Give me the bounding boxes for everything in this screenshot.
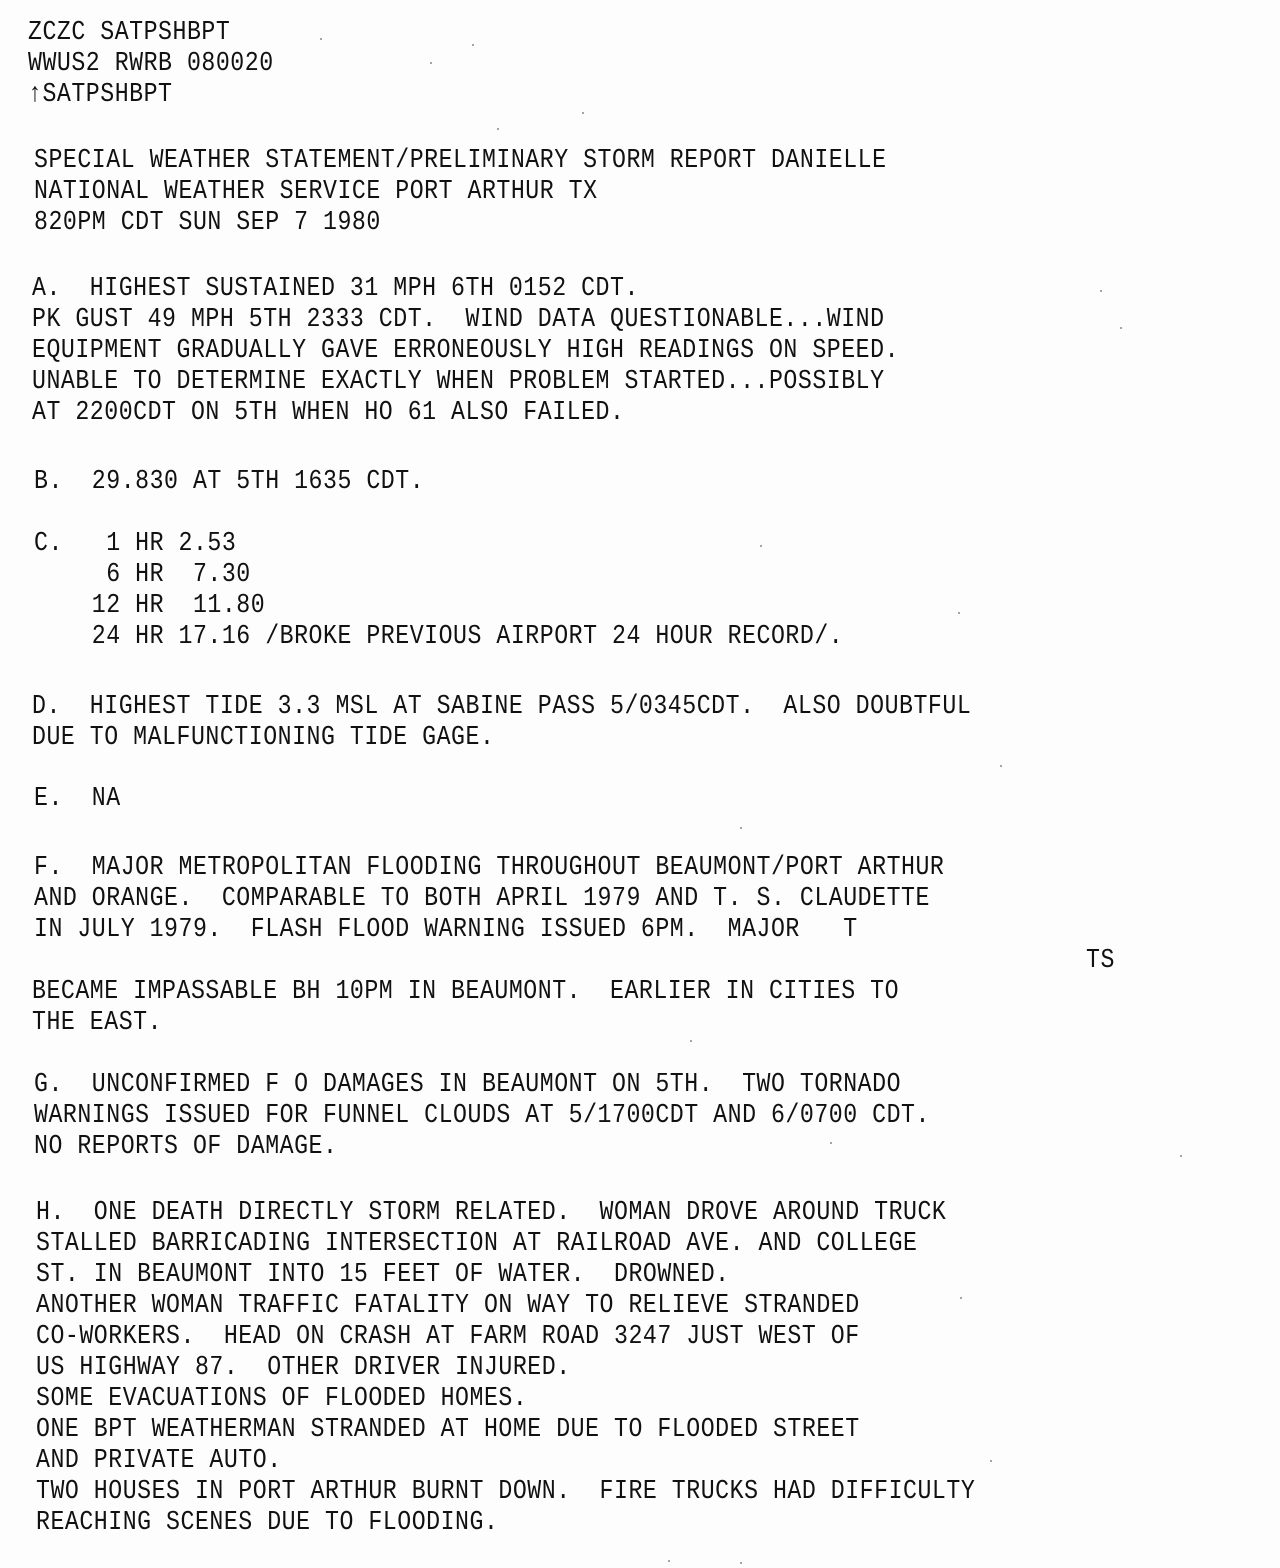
section-h-line-7: SOME EVACUATIONS OF FLOODED HOMES.	[36, 1384, 527, 1414]
scan-speck	[1120, 327, 1122, 329]
section-c-line-1: C. 1 HR 2.53	[34, 529, 236, 559]
section-a-line-2: PK GUST 49 MPH 5TH 2333 CDT. WIND DATA Q…	[32, 305, 885, 335]
teletype-document: ZCZC SATPSHBPT WWUS2 RWRB 080020 ↑SATPSH…	[0, 0, 1280, 1568]
section-f-overstrike: TS	[1086, 946, 1115, 976]
title-line-1: SPECIAL WEATHER STATEMENT/PRELIMINARY ST…	[34, 146, 887, 176]
header-line-1: ZCZC SATPSHBPT	[28, 18, 230, 48]
section-h-line-1: H. ONE DEATH DIRECTLY STORM RELATED. WOM…	[36, 1198, 946, 1228]
section-h-line-11: REACHING SCENES DUE TO FLOODING.	[36, 1508, 498, 1538]
section-f-line-2: AND ORANGE. COMPARABLE TO BOTH APRIL 197…	[34, 884, 930, 914]
section-a-line-5: AT 2200CDT ON 5TH WHEN HO 61 ALSO FAILED…	[32, 398, 624, 428]
scan-speck	[1100, 290, 1102, 292]
section-g-line-3: NO REPORTS OF DAMAGE.	[34, 1132, 337, 1162]
section-f-line-5: THE EAST.	[32, 1008, 162, 1038]
section-h-line-4: ANOTHER WOMAN TRAFFIC FATALITY ON WAY TO…	[36, 1291, 860, 1321]
scan-speck	[1180, 1155, 1182, 1157]
scan-speck	[320, 38, 322, 40]
scan-speck	[960, 1297, 962, 1299]
section-f-line-3: IN JULY 1979. FLASH FLOOD WARNING ISSUED…	[34, 915, 858, 945]
section-h-line-8: ONE BPT WEATHERMAN STRANDED AT HOME DUE …	[36, 1415, 860, 1445]
section-a-line-3: EQUIPMENT GRADUALLY GAVE ERRONEOUSLY HIG…	[32, 336, 899, 366]
header-line-2: WWUS2 RWRB 080020	[28, 49, 274, 79]
scan-speck	[582, 112, 584, 114]
section-f-line-1: F. MAJOR METROPOLITAN FLOODING THROUGHOU…	[34, 853, 944, 883]
section-d-line-2: DUE TO MALFUNCTIONING TIDE GAGE.	[32, 723, 494, 753]
scan-speck	[990, 1460, 992, 1462]
scan-speck	[690, 1040, 692, 1042]
scan-speck	[668, 1560, 670, 1562]
scan-speck	[497, 128, 499, 130]
section-c-line-4: 24 HR 17.16 /BROKE PREVIOUS AIRPORT 24 H…	[34, 622, 843, 652]
title-line-3: 820PM CDT SUN SEP 7 1980	[34, 208, 381, 238]
scan-speck	[958, 612, 960, 614]
section-h-line-9: AND PRIVATE AUTO.	[36, 1446, 282, 1476]
section-h-line-6: US HIGHWAY 87. OTHER DRIVER INJURED.	[36, 1353, 571, 1383]
section-c-line-3: 12 HR 11.80	[34, 591, 265, 621]
section-e-line-1: E. NA	[34, 784, 121, 814]
header-line-3: ↑SATPSHBPT	[28, 80, 173, 110]
section-g-line-2: WARNINGS ISSUED FOR FUNNEL CLOUDS AT 5/1…	[34, 1101, 930, 1131]
scan-speck	[430, 62, 432, 64]
section-h-line-2: STALLED BARRICADING INTERSECTION AT RAIL…	[36, 1229, 917, 1259]
section-c-line-2: 6 HR 7.30	[34, 560, 251, 590]
section-a-line-1: A. HIGHEST SUSTAINED 31 MPH 6TH 0152 CDT…	[32, 274, 639, 304]
scan-speck	[472, 44, 474, 46]
section-h-line-10: TWO HOUSES IN PORT ARTHUR BURNT DOWN. FI…	[36, 1477, 975, 1507]
section-h-line-3: ST. IN BEAUMONT INTO 15 FEET OF WATER. D…	[36, 1260, 730, 1290]
scan-speck	[740, 1562, 742, 1564]
section-d-line-1: D. HIGHEST TIDE 3.3 MSL AT SABINE PASS 5…	[32, 692, 971, 722]
section-b-line-1: B. 29.830 AT 5TH 1635 CDT.	[34, 467, 424, 497]
section-h-line-5: CO-WORKERS. HEAD ON CRASH AT FARM ROAD 3…	[36, 1322, 860, 1352]
section-g-line-1: G. UNCONFIRMED F O DAMAGES IN BEAUMONT O…	[34, 1070, 901, 1100]
scan-speck	[830, 1142, 832, 1144]
section-f-line-4: BECAME IMPASSABLE BH 10PM IN BEAUMONT. E…	[32, 977, 899, 1007]
scan-speck	[740, 827, 742, 829]
scan-speck	[1000, 765, 1002, 767]
section-a-line-4: UNABLE TO DETERMINE EXACTLY WHEN PROBLEM…	[32, 367, 885, 397]
title-line-2: NATIONAL WEATHER SERVICE PORT ARTHUR TX	[34, 177, 598, 207]
scan-speck	[760, 545, 762, 547]
